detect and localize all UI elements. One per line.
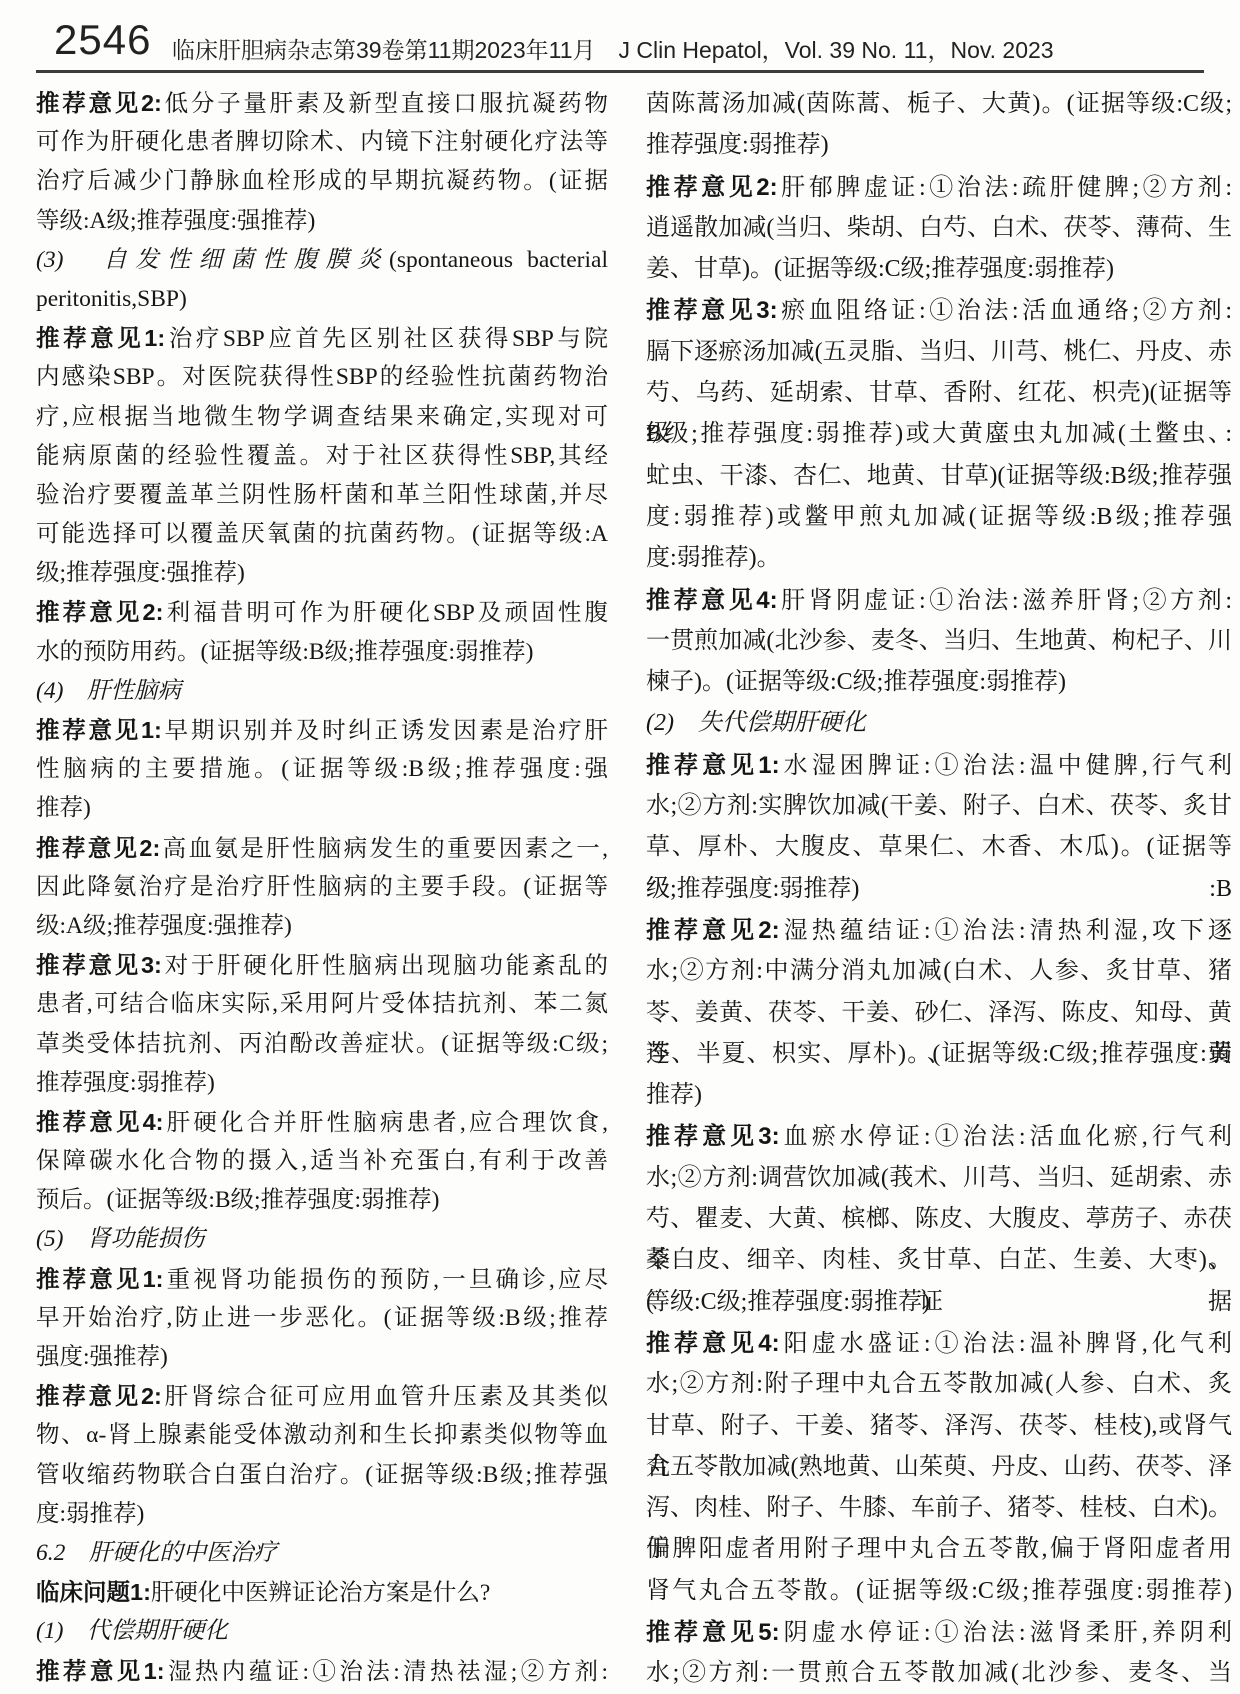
text-line: 膈下逐瘀汤加减(五灵脂、当归、川芎、桃仁、丹皮、赤 xyxy=(646,332,1232,373)
text-segment: 级:A级;推荐强度:强推荐) xyxy=(36,913,292,939)
journal-title: 临床肝胆病杂志第39卷第11期2023年11月 J Clin Hepatol，V… xyxy=(172,32,1054,65)
text-segment: 验治疗要覆盖革兰阴性肠杆菌和革兰阳性球菌,并尽 xyxy=(36,482,608,508)
text-line: 推荐意见5:阴虚水停证:①治法:滋肾柔肝,养阴利 xyxy=(646,1612,1232,1653)
text-segment: 临床问题1: xyxy=(36,1579,151,1605)
text-segment: 血瘀水停证:①治法:活血化瘀,行气利 xyxy=(780,1124,1232,1150)
right-column: 茵陈蒿汤加减(茵陈蒿、栀子、大黄)。(证据等级:C级;推荐强度:弱推荐)推荐意见… xyxy=(646,84,1232,1694)
text-segment: 推荐意见1: xyxy=(646,752,780,779)
text-segment: 等级:C级;推荐强度:弱推荐) xyxy=(646,1289,930,1315)
text-segment: 姜、甘草)。(证据等级:C级;推荐强度:弱推荐) xyxy=(646,256,1114,282)
text-segment: 于脾阳虚者用附子理中丸合五苓散,偏于肾阳虚者用 xyxy=(646,1536,1232,1562)
text-segment: 肝肾阴虚证:①治法:滋养肝肾;②方剂: xyxy=(778,588,1232,614)
text-line: 芍、瞿麦、大黄、槟榔、陈皮、大腹皮、葶苈子、赤茯苓、 xyxy=(646,1199,1232,1240)
text-segment: 推荐) xyxy=(646,1082,702,1108)
text-line: 推荐意见2:利福昔明可作为肝硬化SBP及顽固性腹 xyxy=(36,593,608,632)
text-line: 推荐意见2:湿热蕴结证:①治法:清热利湿,攻下逐 xyxy=(646,910,1232,951)
text-line: 临床问题1:肝硬化中医辨证论治方案是什么? xyxy=(36,1573,608,1612)
text-line: 度:弱推荐)或鳖甲煎丸加减(证据等级:B级;推荐强 xyxy=(646,497,1232,538)
text-segment: 一贯煎加减(北沙参、麦冬、当归、生地黄、枸杞子、川 xyxy=(646,628,1232,654)
text-segment: 推荐意见2: xyxy=(36,835,160,861)
text-line: 推荐意见3:血瘀水停证:①治法:活血化瘀,行气利 xyxy=(646,1116,1232,1157)
text-line: 于脾阳虚者用附子理中丸合五苓散,偏于肾阳虚者用 xyxy=(646,1529,1232,1570)
text-segment: 水湿困脾证:①治法:温中健脾,行气利 xyxy=(780,753,1232,779)
text-line: 级;推荐强度:强推荐) xyxy=(36,554,608,593)
text-segment: 物、α-肾上腺素能受体激动剂和生长抑素类似物等血 xyxy=(36,1422,608,1448)
text-line: peritonitis,SBP) xyxy=(36,280,608,319)
text-segment: 虻虫、干漆、杏仁、地黄、甘草)(证据等级:B级;推荐强 xyxy=(646,463,1232,489)
text-segment: 合五苓散加减(熟地黄、山茱萸、丹皮、山药、茯苓、泽 xyxy=(646,1454,1232,1480)
text-line: 患者,可结合临床实际,采用阿片受体拮抗剂、苯二氮 xyxy=(36,985,608,1024)
text-line: 一贯煎加减(北沙参、麦冬、当归、生地黄、枸杞子、川 xyxy=(646,621,1232,662)
text-line: 连、半夏、枳实、厚朴)。(证据等级:C级;推荐强度:弱 xyxy=(646,1034,1232,1075)
text-line: 推荐意见2:肝肾综合征可应用血管升压素及其类似 xyxy=(36,1377,608,1416)
text-line: 推荐意见4:肝肾阴虚证:①治法:滋养肝肾;②方剂: xyxy=(646,580,1232,621)
text-segment: 水;②方剂:实脾饮加减(干姜、附子、白术、茯苓、炙甘 xyxy=(646,793,1232,819)
text-segment: 水;②方剂:中满分消丸加减(白术、人参、炙甘草、猪 xyxy=(646,958,1232,984)
text-line: 虻虫、干漆、杏仁、地黄、甘草)(证据等级:B级;推荐强 xyxy=(646,456,1232,497)
text-line: 推荐意见2:高血氨是肝性脑病发生的重要因素之一, xyxy=(36,829,608,868)
text-line: 等级:A级;推荐强度:强推荐) xyxy=(36,202,608,241)
text-segment: 度:弱推荐)。 xyxy=(646,545,781,571)
text-line: 姜、甘草)。(证据等级:C级;推荐强度:弱推荐) xyxy=(646,249,1232,290)
text-line: 级:A级;推荐强度:强推荐) xyxy=(36,907,608,946)
text-segment: 肝郁脾虚证:①治法:疏肝健脾;②方剂: xyxy=(778,175,1232,201)
text-line: 苓、姜黄、茯苓、干姜、砂仁、泽泻、陈皮、知母、黄芩、黄 xyxy=(646,993,1232,1034)
text-line: 桑白皮、细辛、肉桂、炙甘草、白芷、生姜、大枣)。(证据 xyxy=(646,1240,1232,1281)
text-segment: 肾气丸合五苓散。(证据等级:C级;推荐强度:弱推荐) xyxy=(646,1578,1232,1604)
text-line: (2) 失代偿期肝硬化 xyxy=(646,703,1232,744)
text-line: 度:弱推荐) xyxy=(36,1495,608,1534)
text-segment: 连、半夏、枳实、厚朴)。(证据等级:C级;推荐强度:弱 xyxy=(646,1041,1232,1067)
text-segment: 推荐意见4: xyxy=(646,1330,780,1357)
text-segment: 推荐意见1: xyxy=(36,717,162,743)
text-segment: 推荐意见2: xyxy=(36,1383,162,1409)
text-line: 推荐意见1:治疗SBP应首先区别社区获得SBP与院 xyxy=(36,319,608,358)
text-line: B级;推荐强度:弱推荐)或大黄䗪虫丸加减(土鳖虫、 xyxy=(646,414,1232,455)
text-segment: 治疗SBP应首先区别社区获得SBP与院 xyxy=(165,326,608,352)
text-segment: 度:弱推荐) xyxy=(36,1501,144,1527)
text-segment: 疗,应根据当地微生物学调查结果来确定,实现对可 xyxy=(36,404,608,430)
text-segment: 推荐意见1: xyxy=(36,325,165,351)
text-segment: 水;②方剂:附子理中丸合五苓散加减(人参、白术、炙 xyxy=(646,1371,1232,1397)
text-line: 草、厚朴、大腹皮、草果仁、木香、木瓜)。(证据等级:B xyxy=(646,827,1232,868)
text-segment: 重视肾功能损伤的预防,一旦确诊,应尽 xyxy=(164,1267,609,1293)
text-segment: 级;推荐强度:强推荐) xyxy=(36,560,245,586)
text-segment: 肝硬化合并肝性脑病患者,应合理饮食, xyxy=(164,1110,609,1136)
text-segment: 推荐意见2: xyxy=(646,917,780,944)
text-segment: 阴虚水停证:①治法:滋肾柔肝,养阴利 xyxy=(780,1620,1232,1646)
text-segment: 可能选择可以覆盖厌氧菌的抗菌药物。(证据等级:A xyxy=(36,521,608,547)
text-segment: 高血氨是肝性脑病发生的重要因素之一, xyxy=(160,836,608,862)
text-line: 预后。(证据等级:B级;推荐强度:弱推荐) xyxy=(36,1181,608,1220)
text-line: 推荐) xyxy=(646,1075,1232,1116)
text-line: 推荐意见4:阳虚水盛证:①治法:温补脾肾,化气利 xyxy=(646,1323,1232,1364)
text-segment: 推荐意见1: xyxy=(36,1658,165,1684)
text-segment: 6.2 肝硬化的中医治疗 xyxy=(36,1540,277,1566)
text-segment: 性脑病的主要措施。(证据等级:B级;推荐强度:强 xyxy=(36,756,608,782)
text-line: 能病原菌的经验性覆盖。对于社区获得性SBP,其经 xyxy=(36,437,608,476)
text-line: 验治疗要覆盖革兰阴性肠杆菌和革兰阳性球菌,并尽 xyxy=(36,476,608,515)
text-line: 推荐意见1:早期识别并及时纠正诱发因素是治疗肝 xyxy=(36,711,608,750)
text-segment: 早期识别并及时纠正诱发因素是治疗肝 xyxy=(162,718,608,744)
text-segment: peritonitis,SBP) xyxy=(36,286,187,312)
text-segment: 级;推荐强度:弱推荐) xyxy=(646,876,859,902)
text-segment: 因此降氨治疗是治疗肝性脑病的主要手段。(证据等 xyxy=(36,874,608,900)
text-segment: 内感染SBP。对医院获得性SBP的经验性抗菌药物治 xyxy=(36,364,608,390)
text-line: (3) 自发性细菌性腹膜炎(spontaneous bacterial xyxy=(36,241,608,280)
text-line: (4) 肝性脑病 xyxy=(36,672,608,711)
text-line: 茵陈蒿汤加减(茵陈蒿、栀子、大黄)。(证据等级:C级; xyxy=(646,84,1232,125)
text-line: 保障碳水化合物的摄入,适当补充蛋白,有利于改善 xyxy=(36,1142,608,1181)
text-line: 水;②方剂:实脾饮加减(干姜、附子、白术、茯苓、炙甘 xyxy=(646,786,1232,827)
text-segment: 肝肾综合征可应用血管升压素及其类似 xyxy=(162,1384,608,1410)
text-segment: 推荐意见4: xyxy=(36,1109,164,1135)
text-line: 治疗后减少门静脉血栓形成的早期抗凝药物。(证据 xyxy=(36,162,608,201)
text-segment: 推荐意见3: xyxy=(36,952,162,978)
text-segment: B级;推荐强度:弱推荐)或大黄䗪虫丸加减(土鳖虫、 xyxy=(646,421,1232,447)
text-segment: 保障碳水化合物的摄入,适当补充蛋白,有利于改善 xyxy=(36,1148,608,1174)
text-segment: 湿热内蕴证:①治法:清热祛湿;②方剂: xyxy=(165,1659,608,1685)
text-segment: 推荐) xyxy=(36,795,91,821)
text-line: 推荐意见2:低分子量肝素及新型直接口服抗凝药物 xyxy=(36,84,608,123)
text-line: 可作为肝硬化患者脾切除术、内镜下注射硬化疗法等 xyxy=(36,123,608,162)
text-segment: 推荐意见3: xyxy=(646,1123,780,1150)
text-segment: 瘀血阻络证:①治法:活血通络;②方剂: xyxy=(778,298,1232,324)
text-line: 䓬类受体拮抗剂、丙泊酚改善症状。(证据等级:C级; xyxy=(36,1025,608,1064)
text-segment: 推荐意见3: xyxy=(646,297,778,324)
text-segment: (2) 失代偿期肝硬化 xyxy=(646,710,866,736)
text-segment: 推荐强度:弱推荐) xyxy=(36,1070,215,1096)
text-segment: 楝子)。(证据等级:C级;推荐强度:弱推荐) xyxy=(646,669,1066,695)
text-segment: 对于肝硬化肝性脑病出现脑功能紊乱的 xyxy=(162,953,608,979)
text-line: 推荐意见1:水湿困脾证:①治法:温中健脾,行气利 xyxy=(646,745,1232,786)
text-line: 推荐意见2:肝郁脾虚证:①治法:疏肝健脾;②方剂: xyxy=(646,167,1232,208)
text-line: 楝子)。(证据等级:C级;推荐强度:弱推荐) xyxy=(646,662,1232,703)
text-segment: 推荐意见4: xyxy=(646,587,778,614)
text-line: 度:弱推荐)。 xyxy=(646,538,1232,579)
text-segment: 水;②方剂:调营饮加减(莪术、川芎、当归、延胡索、赤 xyxy=(646,1165,1232,1191)
text-segment: 等级:A级;推荐强度:强推荐) xyxy=(36,208,315,234)
text-segment: 湿热蕴结证:①治法:清热利湿,攻下逐 xyxy=(780,918,1232,944)
text-line: 芍、乌药、延胡索、甘草、香附、红花、枳壳)(证据等级: xyxy=(646,373,1232,414)
text-line: (5) 肾功能损伤 xyxy=(36,1220,608,1259)
text-line: 性脑病的主要措施。(证据等级:B级;推荐强度:强 xyxy=(36,750,608,789)
text-segment: (4) 肝性脑病 xyxy=(36,678,181,704)
text-line: 推荐意见1:重视肾功能损伤的预防,一旦确诊,应尽 xyxy=(36,1260,608,1299)
text-line: 管收缩药物联合白蛋白治疗。(证据等级:B级;推荐强 xyxy=(36,1456,608,1495)
text-segment: 能病原菌的经验性覆盖。对于社区获得性SBP,其经 xyxy=(36,443,608,469)
text-line: 合五苓散加减(熟地黄、山茱萸、丹皮、山药、茯苓、泽 xyxy=(646,1447,1232,1488)
text-segment: 膈下逐瘀汤加减(五灵脂、当归、川芎、桃仁、丹皮、赤 xyxy=(646,339,1232,365)
text-segment: 推荐意见2: xyxy=(36,90,162,116)
text-segment: 利福昔明可作为肝硬化SBP及顽固性腹 xyxy=(163,600,608,626)
text-line: 水;②方剂:附子理中丸合五苓散加减(人参、白术、炙 xyxy=(646,1364,1232,1405)
text-segment: 逍遥散加减(当归、柴胡、白芍、白术、茯苓、薄荷、生 xyxy=(646,215,1232,241)
text-line: 早开始治疗,防止进一步恶化。(证据等级:B级;推荐 xyxy=(36,1299,608,1338)
text-segment: 肝硬化中医辨证论治方案是什么? xyxy=(151,1580,490,1606)
text-segment: 度:弱推荐)或鳖甲煎丸加减(证据等级:B级;推荐强 xyxy=(646,504,1232,530)
text-line: 推荐强度:弱推荐) xyxy=(36,1064,608,1103)
text-segment: (3) 自发性细菌性腹膜炎 xyxy=(36,247,389,273)
text-segment: (1) 代偿期肝硬化 xyxy=(36,1618,228,1644)
text-segment: 推荐意见2: xyxy=(36,599,163,625)
text-segment: 强度:强推荐) xyxy=(36,1344,168,1370)
text-segment: 预后。(证据等级:B级;推荐强度:弱推荐) xyxy=(36,1187,439,1213)
text-line: 推荐意见4:肝硬化合并肝性脑病患者,应合理饮食, xyxy=(36,1103,608,1142)
text-line: 水;②方剂:中满分消丸加减(白术、人参、炙甘草、猪 xyxy=(646,951,1232,992)
text-segment: 䓬类受体拮抗剂、丙泊酚改善症状。(证据等级:C级; xyxy=(36,1031,608,1057)
text-line: 甘草、附子、干姜、猪苓、泽泻、茯苓、桂枝),或肾气丸 xyxy=(646,1406,1232,1447)
text-line: 物、α-肾上腺素能受体激动剂和生长抑素类似物等血 xyxy=(36,1416,608,1455)
text-line: 推荐意见1:湿热内蕴证:①治法:清热祛湿;②方剂: xyxy=(36,1652,608,1691)
page-number: 2546 xyxy=(54,16,151,64)
text-segment: 患者,可结合临床实际,采用阿片受体拮抗剂、苯二氮 xyxy=(36,991,608,1017)
text-line: 推荐意见3:对于肝硬化肝性脑病出现脑功能紊乱的 xyxy=(36,946,608,985)
text-segment: 推荐强度:弱推荐) xyxy=(646,132,829,158)
text-line: 因此降氨治疗是治疗肝性脑病的主要手段。(证据等 xyxy=(36,868,608,907)
text-segment: 推荐意见1: xyxy=(36,1266,164,1292)
text-line: 逍遥散加减(当归、柴胡、白芍、白术、茯苓、薄荷、生 xyxy=(646,208,1232,249)
text-segment: 可作为肝硬化患者脾切除术、内镜下注射硬化疗法等 xyxy=(36,129,608,155)
text-segment: 治疗后减少门静脉血栓形成的早期抗凝药物。(证据 xyxy=(36,168,608,194)
text-segment: 推荐意见2: xyxy=(646,174,778,201)
text-line: 水;②方剂:调营饮加减(莪术、川芎、当归、延胡索、赤 xyxy=(646,1158,1232,1199)
text-line: 可能选择可以覆盖厌氧菌的抗菌药物。(证据等级:A xyxy=(36,515,608,554)
text-segment: 阳虚水盛证:①治法:温补脾肾,化气利 xyxy=(780,1331,1232,1357)
text-segment: (5) 肾功能损伤 xyxy=(36,1226,204,1252)
text-line: 肾气丸合五苓散。(证据等级:C级;推荐强度:弱推荐) xyxy=(646,1571,1232,1612)
text-segment: 低分子量肝素及新型直接口服抗凝药物 xyxy=(162,91,608,117)
text-segment: 水的预防用药。(证据等级:B级;推荐强度:弱推荐) xyxy=(36,639,533,665)
left-column: 推荐意见2:低分子量肝素及新型直接口服抗凝药物可作为肝硬化患者脾切除术、内镜下注… xyxy=(36,84,608,1691)
text-segment: 早开始治疗,防止进一步恶化。(证据等级:B级;推荐 xyxy=(36,1305,608,1331)
text-line: 推荐意见3:瘀血阻络证:①治法:活血通络;②方剂: xyxy=(646,290,1232,331)
text-line: 内感染SBP。对医院获得性SBP的经验性抗菌药物治 xyxy=(36,358,608,397)
text-line: 推荐强度:弱推荐) xyxy=(646,125,1232,166)
text-segment: (spontaneous bacterial xyxy=(389,247,608,273)
text-line: 6.2 肝硬化的中医治疗 xyxy=(36,1534,608,1573)
text-segment: 推荐意见5: xyxy=(646,1619,780,1646)
text-line: 泻、肉桂、附子、牛膝、车前子、猪苓、桂枝、白术)。偏 xyxy=(646,1488,1232,1529)
text-line: 强度:强推荐) xyxy=(36,1338,608,1377)
text-line: 推荐) xyxy=(36,789,608,828)
text-segment: 管收缩药物联合白蛋白治疗。(证据等级:B级;推荐强 xyxy=(36,1462,608,1488)
header-rule xyxy=(36,70,1204,73)
text-line: 水的预防用药。(证据等级:B级;推荐强度:弱推荐) xyxy=(36,633,608,672)
text-line: (1) 代偿期肝硬化 xyxy=(36,1612,608,1651)
text-line: 水;②方剂:一贯煎合五苓散加减(北沙参、麦冬、当 xyxy=(646,1653,1232,1694)
text-line: 疗,应根据当地微生物学调查结果来确定,实现对可 xyxy=(36,398,608,437)
text-segment: 水;②方剂:一贯煎合五苓散加减(北沙参、麦冬、当 xyxy=(646,1660,1232,1686)
text-segment: 茵陈蒿汤加减(茵陈蒿、栀子、大黄)。(证据等级:C级; xyxy=(646,91,1232,117)
journal-page: 2546 临床肝胆病杂志第39卷第11期2023年11月 J Clin Hepa… xyxy=(0,0,1240,1694)
